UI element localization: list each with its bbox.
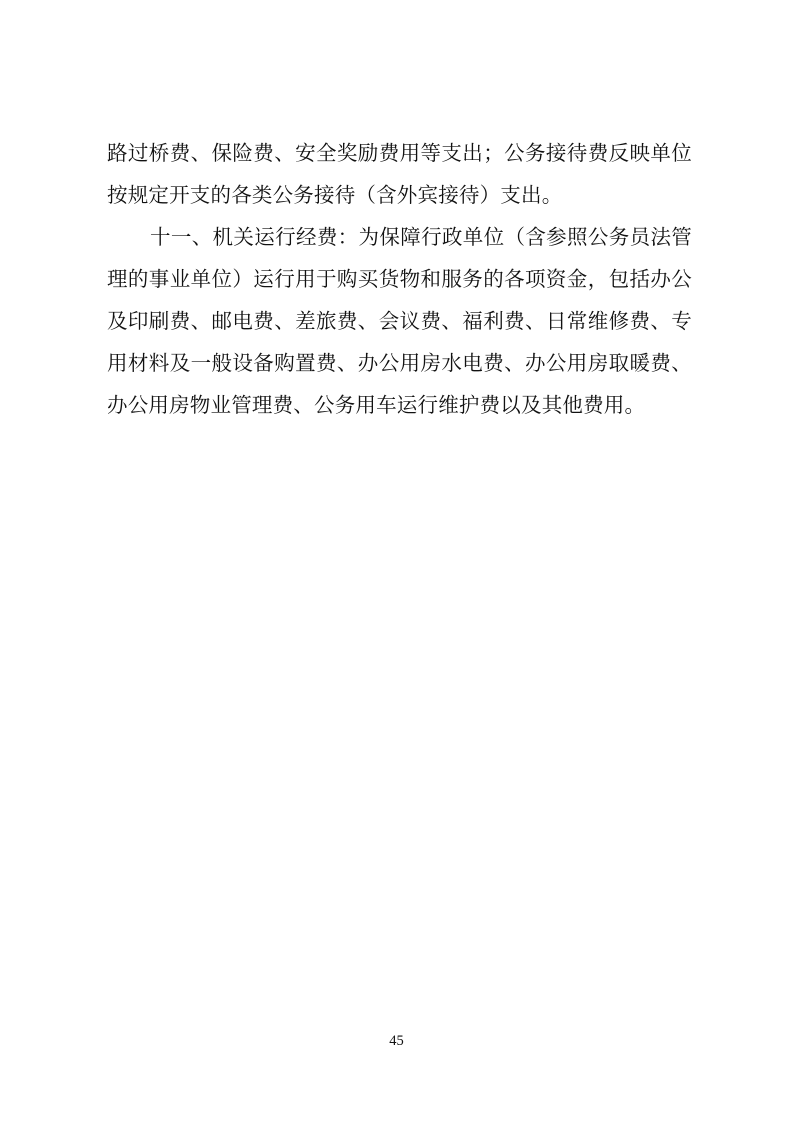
page-number: 45 bbox=[0, 1031, 793, 1051]
text-line: 及印刷费、邮电费、差旅费、会议费、福利费、日常维修费、专 bbox=[107, 301, 692, 343]
text-line: 理的事业单位）运行用于购买货物和服务的各项资金，包括办公 bbox=[107, 259, 692, 301]
text-line: 十一、机关运行经费：为保障行政单位（含参照公务员法管 bbox=[107, 217, 692, 259]
text-content: 路过桥费、保险费、安全奖励费用等支出；公务接待费反映单位 按规定开支的各类公务接… bbox=[107, 133, 692, 427]
text-line: 按规定开支的各类公务接待（含外宾接待）支出。 bbox=[107, 175, 692, 217]
document-page: 路过桥费、保险费、安全奖励费用等支出；公务接待费反映单位 按规定开支的各类公务接… bbox=[0, 0, 793, 1122]
text-line: 路过桥费、保险费、安全奖励费用等支出；公务接待费反映单位 bbox=[107, 133, 692, 175]
paragraph-vehicle-reception-fees: 路过桥费、保险费、安全奖励费用等支出；公务接待费反映单位 按规定开支的各类公务接… bbox=[107, 133, 692, 217]
text-line: 用材料及一般设备购置费、办公用房水电费、办公用房取暖费、 bbox=[107, 343, 692, 385]
paragraph-agency-operating-costs: 十一、机关运行经费：为保障行政单位（含参照公务员法管 理的事业单位）运行用于购买… bbox=[107, 217, 692, 427]
text-line: 办公用房物业管理费、公务用车运行维护费以及其他费用。 bbox=[107, 385, 692, 427]
